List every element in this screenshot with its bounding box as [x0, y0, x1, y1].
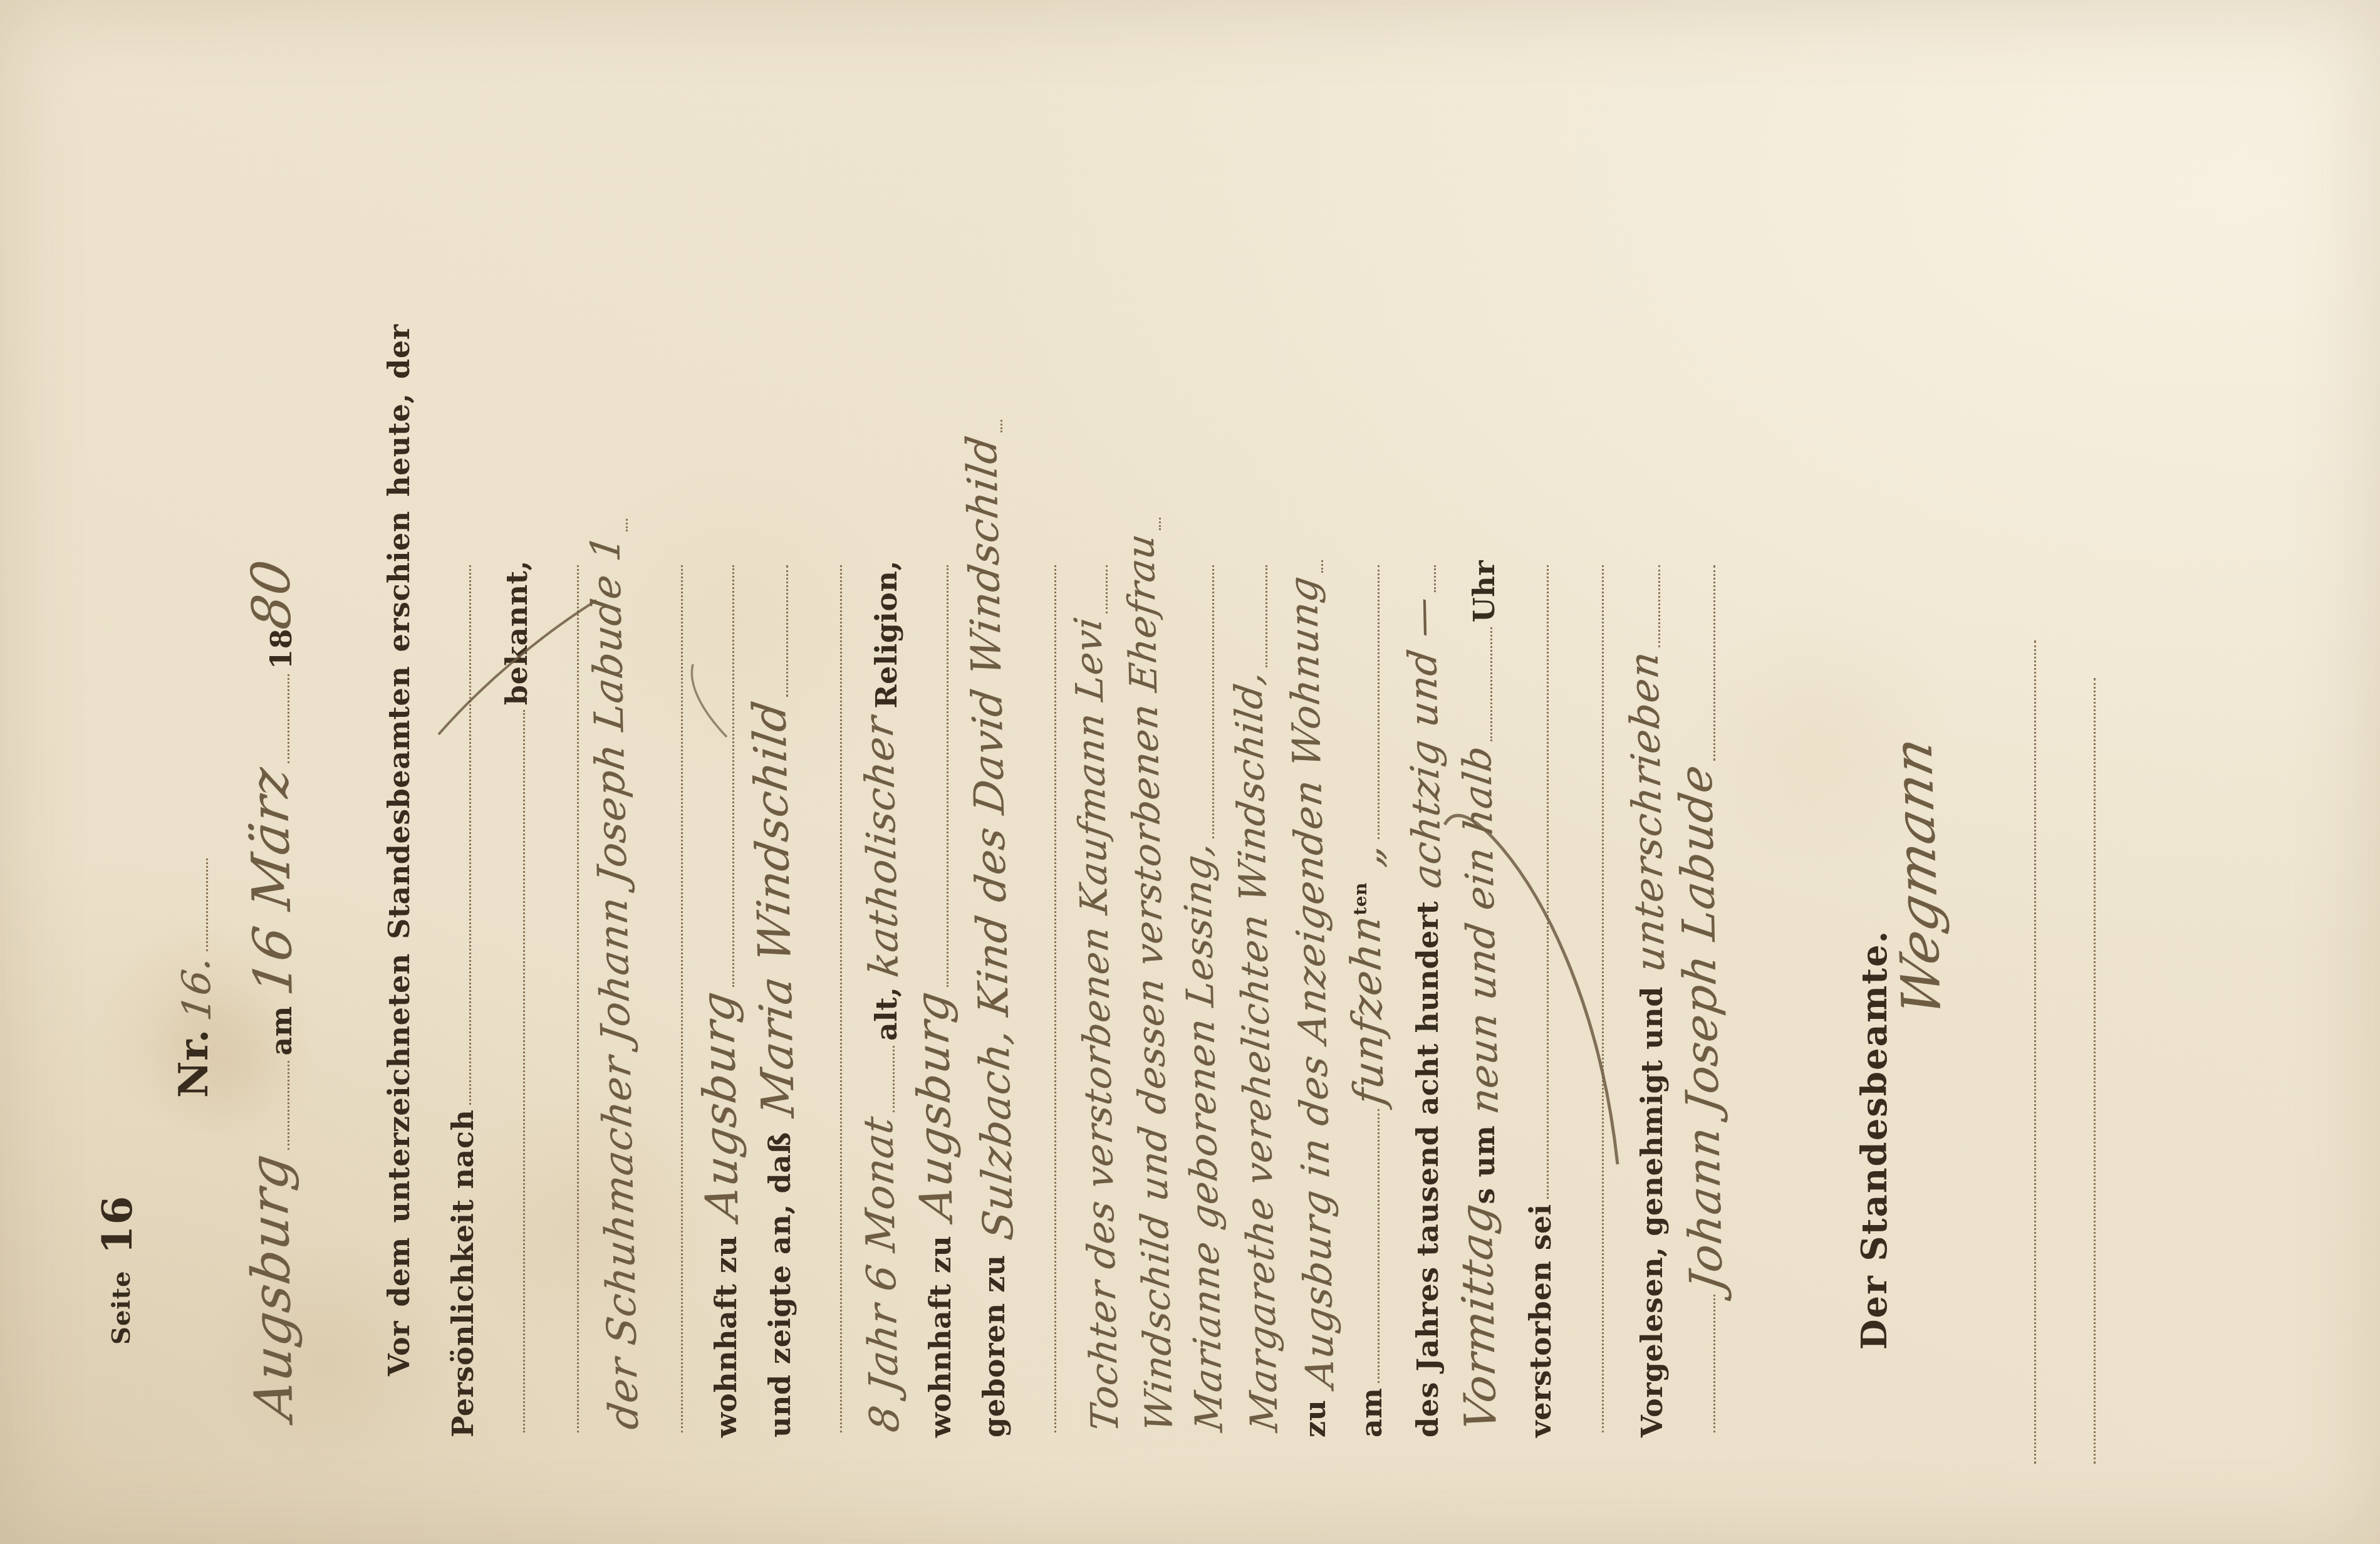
- nr-value-handwritten: 16.: [179, 954, 215, 1023]
- death-year-row: des Jahres tausend acht hundert achtzig …: [1380, 560, 1442, 1437]
- blank-rule-row: [1547, 560, 1610, 1437]
- wohnhaft-row-2: wohnhaft zu Augsburg: [892, 560, 955, 1437]
- record-number-row: Nr. 16.: [152, 853, 214, 1098]
- page-number: 16: [96, 1196, 138, 1254]
- dotted-rule: [1000, 420, 1002, 432]
- verstorben-row: verstorben sei: [1492, 560, 1555, 1437]
- zeigte-an-row: und zeigte an, daß Maria Windschild: [732, 560, 794, 1437]
- nr-label: Nr.: [174, 1029, 214, 1098]
- registrar-signature-row: Wegmann: [1879, 739, 1942, 1014]
- paper-sheet: Seite 16 Nr. 16. Augsburg am 16 März 18 …: [0, 0, 2380, 1544]
- declarant-signature-row: Johann Joseph Labude: [1659, 560, 1722, 1437]
- parentage-row-4: Margarethe verehelichten Windschild,: [1211, 560, 1274, 1437]
- page-header: Seite 16: [75, 1196, 138, 1345]
- age-religion-row: 8 Jahr 6 Monat alt, katholischer Religio…: [838, 560, 901, 1437]
- bekannt-row: bekannt,: [469, 560, 531, 1437]
- place-handwritten: Augsburg: [246, 1151, 298, 1422]
- date-row: Augsburg am 16 März 18 80: [233, 560, 296, 1419]
- wohnhaft-row-1: wohnhaft zu Augsburg: [678, 560, 741, 1437]
- death-place-row: zu Augsburg in des Anzeigenden Wohnung: [1267, 560, 1329, 1437]
- dotted-rule: [1713, 1295, 1715, 1432]
- persoenlichkeit-row: Persönlichkeit nach: [415, 560, 477, 1437]
- dotted-rule: [288, 674, 289, 763]
- scanned-register-page: Seite 16 Nr. 16. Augsburg am 16 März 18 …: [0, 0, 2380, 1544]
- blank-rule-row: [1980, 635, 2042, 1469]
- dotted-rule: [1713, 565, 1715, 761]
- dotted-rule: [2094, 678, 2096, 1464]
- dotted-rule: [626, 519, 628, 531]
- dotted-rule: [2034, 640, 2036, 1464]
- dotted-rule: [206, 858, 208, 951]
- registrar-signature: Wegmann: [1889, 733, 1947, 1020]
- death-hour-row: Vormittag s um neun und ein halb Uhr: [1436, 560, 1499, 1437]
- declarant-row: der Schuhmacher Johann Joseph Labude 1: [571, 560, 634, 1437]
- intro-row: Vor dem unterzeichneten Standesbeamten e…: [351, 561, 413, 1376]
- dotted-rule: [1159, 518, 1161, 530]
- vorgelesen-row: Vorgelesen, genehmigt und unterschrieben: [1604, 560, 1666, 1437]
- ten-label: ten: [1352, 882, 1369, 915]
- year-printed: 18: [267, 629, 296, 669]
- geboren-row: geboren zu Sulzbach, Kind des David Wind…: [946, 523, 1009, 1437]
- blank-rule-row: [2039, 673, 2102, 1469]
- dotted-rule: [288, 1061, 289, 1150]
- year-handwritten: 80: [247, 557, 296, 632]
- intro-text: Vor dem unterzeichneten Standesbeamten e…: [385, 324, 413, 1376]
- declarant-signature: Johann Joseph Labude: [1675, 762, 1727, 1293]
- am-label: am: [267, 1006, 296, 1055]
- seite-label: Seite: [109, 1271, 134, 1345]
- date-handwritten: 16 März: [246, 764, 298, 998]
- death-date-row: am funfzehn ten „: [1323, 560, 1386, 1437]
